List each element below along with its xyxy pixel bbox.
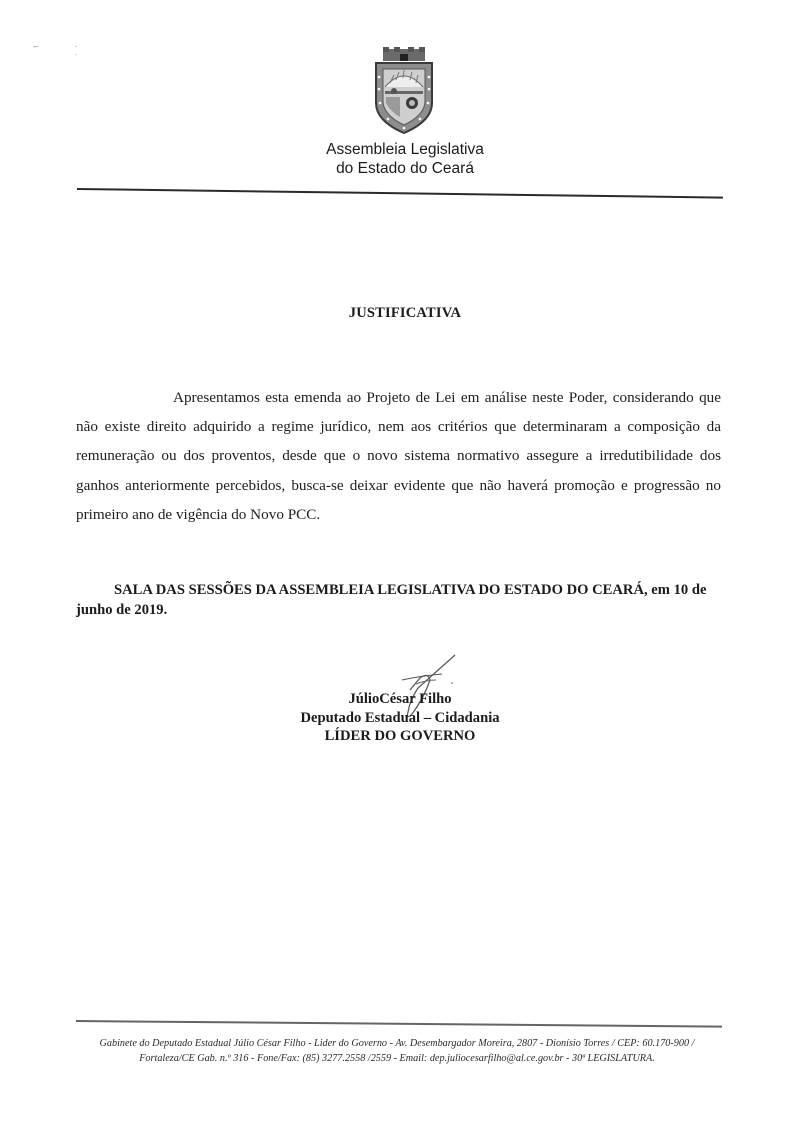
scan-artifact: ⌐ (33, 44, 39, 51)
coat-of-arms-icon (370, 47, 438, 135)
footer-line1: Gabinete do Deputado Estadual Júlio Césa… (62, 1036, 732, 1051)
footer-line2: Fortaleza/CE Gab. n.º 316 - Fone/Fax: (8… (62, 1051, 732, 1066)
scan-artifact: · (75, 52, 77, 59)
organization-name: Assembleia Legislativa do Estado do Cear… (250, 140, 560, 178)
scan-artifact: - (75, 44, 78, 51)
footer-contact: Gabinete do Deputado Estadual Júlio Césa… (62, 1036, 732, 1066)
organization-name-line2: do Estado do Ceará (250, 159, 560, 178)
signer-role: Deputado Estadual – Cidadania (255, 709, 545, 728)
document-page: ⌐ - · Assembleia Legislativa do Estado d… (0, 0, 799, 1137)
organization-name-line1: Assembleia Legislativa (250, 140, 560, 159)
signer-position: LÍDER DO GOVERNO (255, 727, 545, 746)
signature-block: JúlioCésar Filho Deputado Estadual – Cid… (255, 690, 545, 746)
justification-paragraph: Apresentamos esta emenda ao Projeto de L… (76, 383, 721, 529)
document-title: JUSTIFICATIVA (300, 305, 510, 322)
header-divider (77, 188, 723, 199)
footer-divider (76, 1020, 722, 1028)
signer-name: JúlioCésar Filho (255, 690, 545, 709)
closing-statement: SALA DAS SESSÕES DA ASSEMBLEIA LEGISLATI… (76, 580, 726, 620)
